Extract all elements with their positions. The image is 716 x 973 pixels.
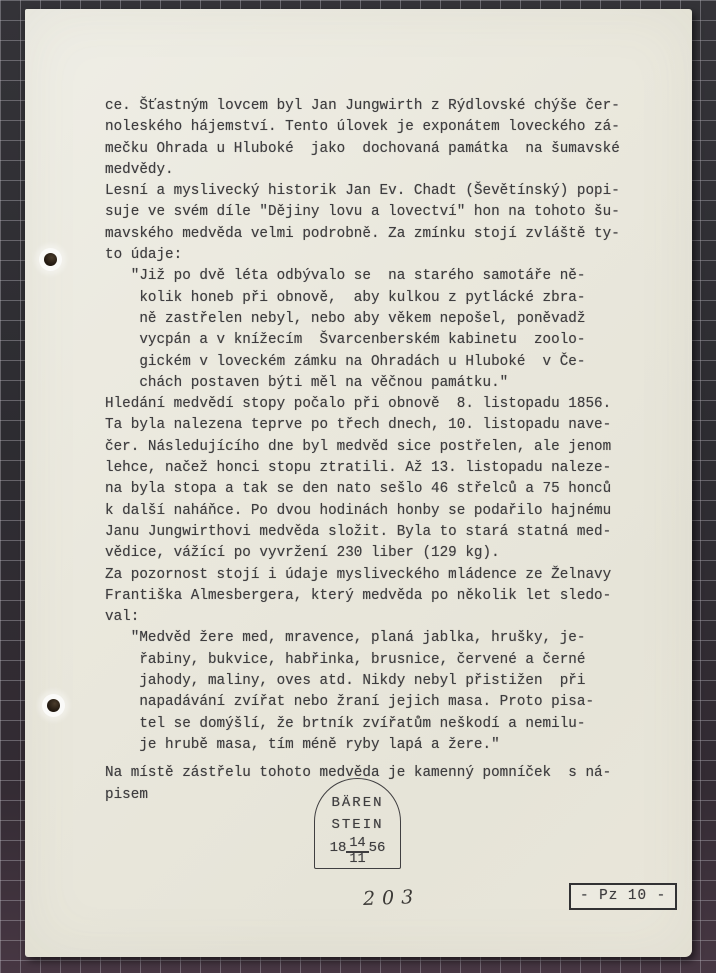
document-page: ce. Šťastným lovcem byl Jan Jungwirth z … [25,9,692,957]
text-line: ce. Šťastným lovcem byl Jan Jungwirth z … [105,96,635,117]
text-line: k další naháňce. Po dvou hodinách honby … [105,501,635,522]
text-line: "Medvěd žere med, mravence, planá jablka… [105,628,635,649]
text-line: čer. Následujícího dne byl medvěd sice p… [105,437,635,458]
stone-date-suffix: 56 [369,842,386,854]
stone-date: 18 14 11 56 [330,838,386,866]
text-line: chách postaven býti měl na věčnou památk… [105,373,635,394]
text-line: medvědy. [105,160,635,181]
text-line: Františka Almesbergera, který medvěda po… [105,586,635,607]
text-line: suje ve svém díle "Dějiny lovu a lovectv… [105,202,635,223]
text-line: "Již po dvě léta odbývalo se na starého … [105,266,635,287]
text-line: mavského medvěda velmi podrobně. Za zmín… [105,224,635,245]
text-line: napadávání zvířat nebo žraní jejich masa… [105,692,635,713]
page-number: 203 [363,886,421,910]
text-line: jahody, maliny, oves atd. Nikdy nebyl př… [105,671,635,692]
stone-date-day: 14 [346,838,368,853]
text-line: je hrubě masa, tím méně ryby lapá a žere… [105,735,635,756]
memorial-stone-drawing: BÄREN STEIN 18 14 11 56 [314,778,401,869]
text-line: řabiny, bukvice, habřinka, brusnice, čer… [105,650,635,671]
text-line: Hledání medvědí stopy počalo při obnově … [105,394,635,415]
text-line: tel se domýšlí, že brtník zvířatům neško… [105,714,635,735]
text-line: Janu Jungwirthovi medvěda složit. Byla t… [105,522,635,543]
stone-inscription-line1: BÄREN [331,792,383,814]
stone-date-fraction: 14 11 [346,838,368,866]
text-line: Za pozornost stojí i údaje mysliveckého … [105,565,635,586]
stone-inscription-line2: STEIN [331,814,383,836]
text-line: lehce, načež honci stopu ztratili. Až 13… [105,458,635,479]
archive-stamp: - Pz 10 - [569,883,677,910]
stone-date-month: 11 [349,853,365,866]
text-line: vycpán a v knížecím Švarcenberském kabin… [105,330,635,351]
text-line: gickém v loveckém zámku na Ohradách u Hl… [105,352,635,373]
text-line: na byla stopa a tak se den nato sešlo 46… [105,479,635,500]
typewritten-text: ce. Šťastným lovcem byl Jan Jungwirth z … [105,96,635,806]
stone-date-prefix: 18 [330,842,347,854]
text-line: noleského hájemství. Tento úlovek je exp… [105,117,635,138]
text-line: kolik honeb při obnově, aby kulkou z pyt… [105,288,635,309]
text-line: Lesní a myslivecký historik Jan Ev. Chad… [105,181,635,202]
punch-hole-bottom [47,699,60,712]
text-line: val: [105,607,635,628]
text-line: Ta byla nalezena teprve po třech dnech, … [105,415,635,436]
text-line: vědice, vážící po vyvržení 230 liber (12… [105,543,635,564]
punch-hole-top [44,253,57,266]
text-line: to údaje: [105,245,635,266]
text-line: ně zastřelen nebyl, nebo aby věkem nepoš… [105,309,635,330]
text-line: mečku Ohrada u Hluboké jako dochovaná pa… [105,139,635,160]
